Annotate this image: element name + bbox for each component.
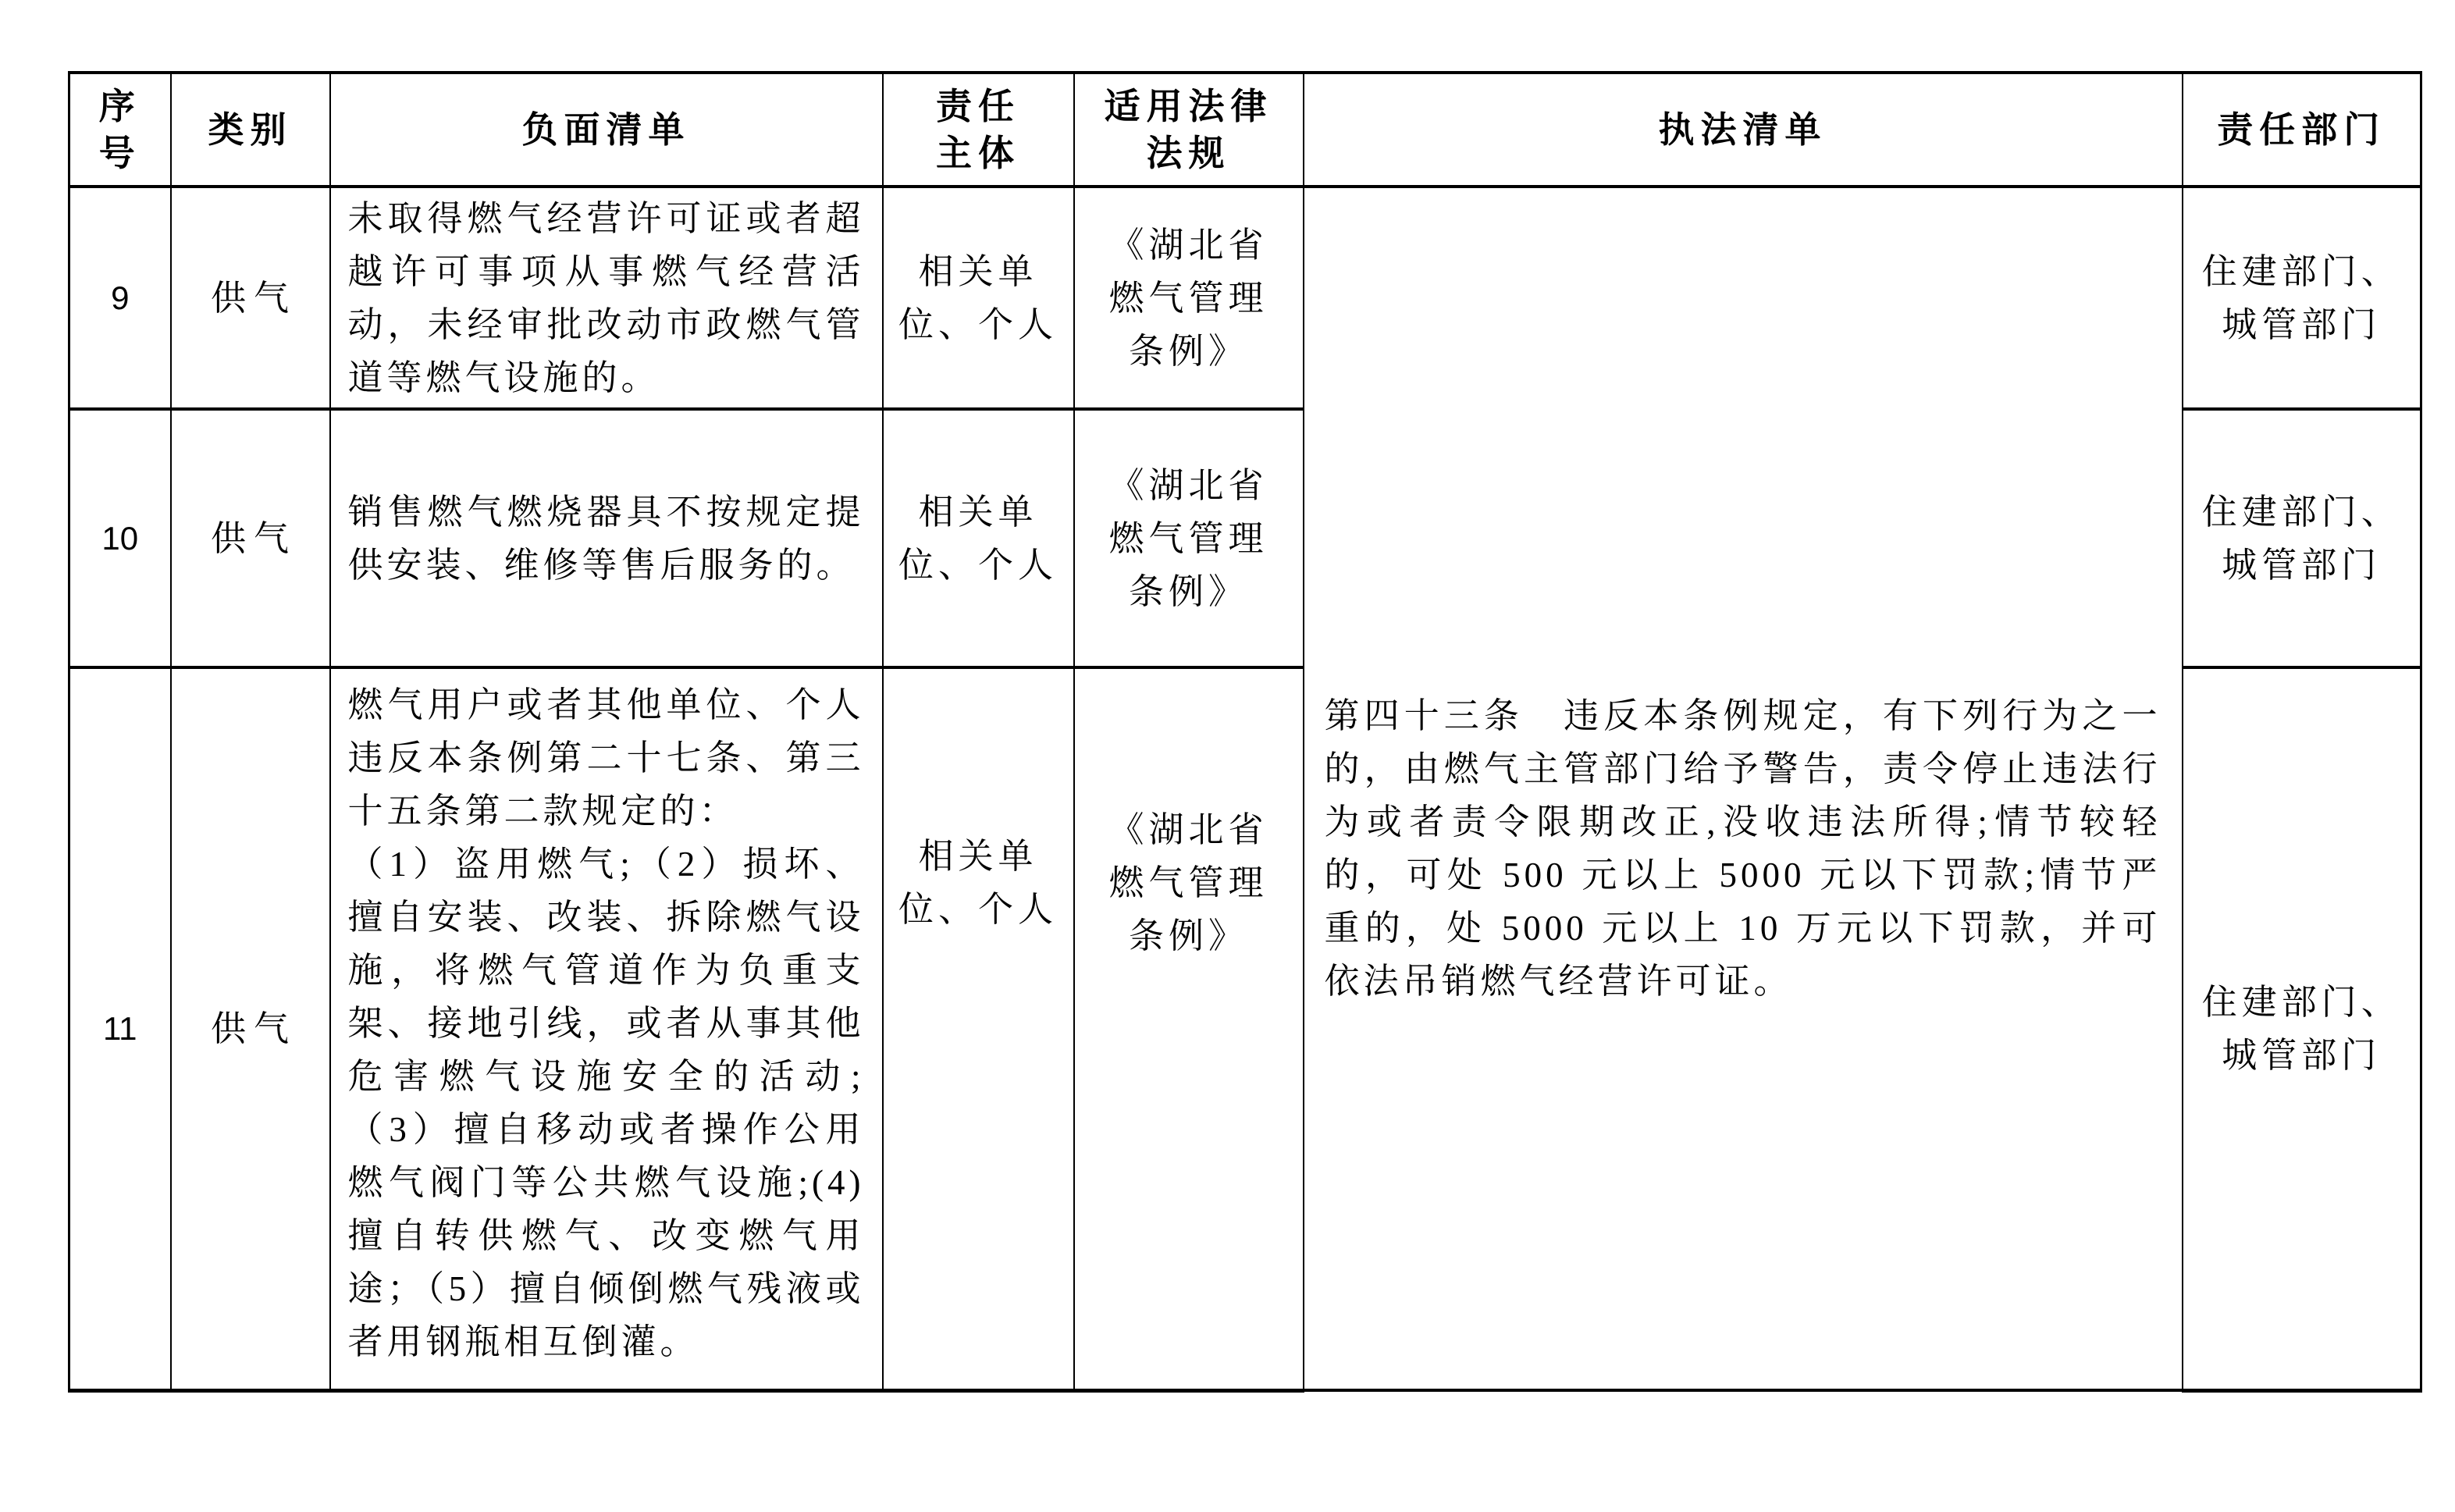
cell-responsible-department-10: 住建部门、 城管部门	[2183, 409, 2421, 667]
cell-category-10: 供气	[171, 409, 330, 667]
cell-negative-list-9: 未取得燃气经营许可证或者超越许可事项从事燃气经营活动，未经审批改动市政燃气管道等…	[330, 187, 883, 409]
cell-responsible-subject-11: 相关单 位、个人	[883, 667, 1074, 1390]
negative-list-11-paragraph-2: （1）盗用燃气;（2）损坏、擅自安装、改装、拆除燃气设施，将燃气管道作为负重支架…	[348, 838, 865, 1368]
cell-responsible-subject-9: 相关单 位、个人	[883, 187, 1074, 409]
cell-category-11: 供气	[171, 667, 330, 1390]
header-row: 序 号 类别 负面清单 责任 主体 适用法律 法规 执法清单 责任部门	[69, 73, 2421, 187]
cell-applicable-laws-11: 《湖北省 燃气管理 条例》	[1074, 667, 1304, 1390]
column-header-enforcement-list: 执法清单	[1304, 73, 2183, 187]
negative-list-table: 序 号 类别 负面清单 责任 主体 适用法律 法规 执法清单 责任部门 9 供气…	[68, 71, 2422, 1393]
cell-serial-11: 11	[69, 667, 171, 1390]
cell-negative-list-11: 燃气用户或者其他单位、个人违反本条例第二十七条、第三十五条第二款规定的： （1）…	[330, 667, 883, 1390]
cell-responsible-subject-10: 相关单 位、个人	[883, 409, 1074, 667]
cell-serial-10: 10	[69, 409, 171, 667]
negative-list-11-paragraph-1: 燃气用户或者其他单位、个人违反本条例第二十七条、第三十五条第二款规定的：	[348, 678, 865, 838]
cell-category-9: 供气	[171, 187, 330, 409]
cell-serial-9: 9	[69, 187, 171, 409]
cell-responsible-department-11: 住建部门、 城管部门	[2183, 667, 2421, 1390]
column-header-serial: 序 号	[69, 73, 171, 187]
column-header-responsible-department: 责任部门	[2183, 73, 2421, 187]
cell-applicable-laws-9: 《湖北省 燃气管理 条例》	[1074, 187, 1304, 409]
column-header-category: 类别	[171, 73, 330, 187]
cell-negative-list-10: 销售燃气燃烧器具不按规定提供安装、维修等售后服务的。	[330, 409, 883, 667]
cell-applicable-laws-10: 《湖北省 燃气管理 条例》	[1074, 409, 1304, 667]
cell-responsible-department-9: 住建部门、 城管部门	[2183, 187, 2421, 409]
cell-enforcement-merged: 第四十三条 违反本条例规定，有下列行为之一的，由燃气主管部门给予警告，责令停止违…	[1304, 187, 2183, 1390]
table-row-9: 9 供气 未取得燃气经营许可证或者超越许可事项从事燃气经营活动，未经审批改动市政…	[69, 187, 2421, 409]
column-header-responsible-subject: 责任 主体	[883, 73, 1074, 187]
column-header-applicable-laws: 适用法律 法规	[1074, 73, 1304, 187]
column-header-negative-list: 负面清单	[330, 73, 883, 187]
